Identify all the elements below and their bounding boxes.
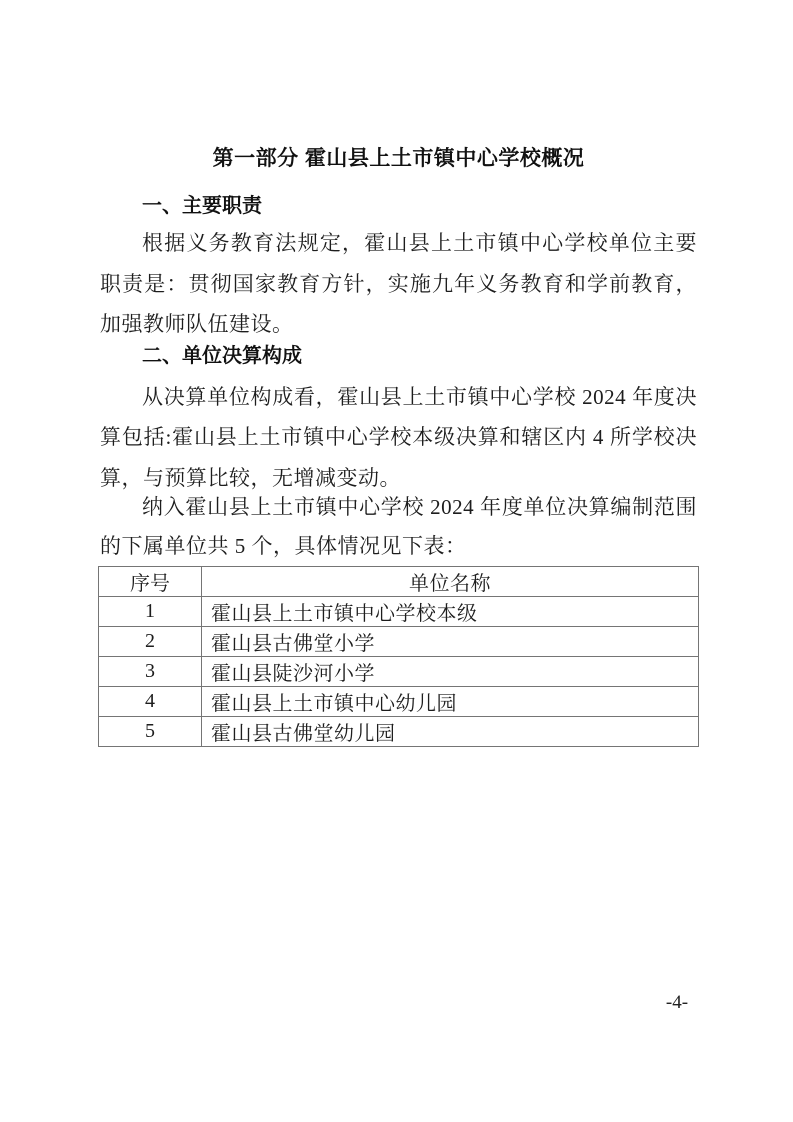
table-row: 5 霍山县古佛堂幼儿园: [99, 717, 699, 747]
page-number: -4-: [653, 992, 701, 1014]
document-title: 第一部分 霍山县上土市镇中心学校概况: [100, 146, 697, 172]
table-header-cell-no: 序号: [99, 567, 202, 597]
table-cell-no: 4: [99, 687, 202, 717]
table-cell-name: 霍山县上土市镇中心幼儿园: [202, 687, 699, 717]
paragraph-table-intro: 纳入霍山县上土市镇中心学校 2024 年度单位决算编制范围的下属单位共 5 个，…: [100, 488, 697, 566]
section-heading-main-duties: 一、主要职责: [100, 195, 697, 218]
table-cell-no: 2: [99, 627, 202, 657]
table-row: 4 霍山县上土市镇中心幼儿园: [99, 687, 699, 717]
table-cell-name: 霍山县上土市镇中心学校本级: [202, 597, 699, 627]
table-row: 2 霍山县古佛堂小学: [99, 627, 699, 657]
units-table: 序号 单位名称 1 霍山县上土市镇中心学校本级 2 霍山县古佛堂小学 3 霍山县…: [98, 566, 699, 747]
section-heading-unit-composition: 二、单位决算构成: [100, 345, 697, 368]
table-row: 3 霍山县陡沙河小学: [99, 657, 699, 687]
table-cell-no: 5: [99, 717, 202, 747]
table-cell-no: 1: [99, 597, 202, 627]
document-page: 第一部分 霍山县上土市镇中心学校概况 一、主要职责 根据义务教育法规定，霍山县上…: [0, 0, 793, 1122]
table-row: 1 霍山县上土市镇中心学校本级: [99, 597, 699, 627]
table-header-row: 序号 单位名称: [99, 567, 699, 597]
table-cell-name: 霍山县陡沙河小学: [202, 657, 699, 687]
document-content: 第一部分 霍山县上土市镇中心学校概况 一、主要职责 根据义务教育法规定，霍山县上…: [100, 0, 697, 747]
table-cell-name: 霍山县古佛堂小学: [202, 627, 699, 657]
paragraph-main-duties: 根据义务教育法规定，霍山县上土市镇中心学校单位主要职责是：贯彻国家教育方针，实施…: [100, 223, 697, 345]
table-header-cell-name: 单位名称: [202, 567, 699, 597]
table-cell-no: 3: [99, 657, 202, 687]
paragraph-unit-composition: 从决算单位构成看，霍山县上土市镇中心学校 2024 年度决算包括:霍山县上土市镇…: [100, 377, 697, 499]
table-cell-name: 霍山县古佛堂幼儿园: [202, 717, 699, 747]
